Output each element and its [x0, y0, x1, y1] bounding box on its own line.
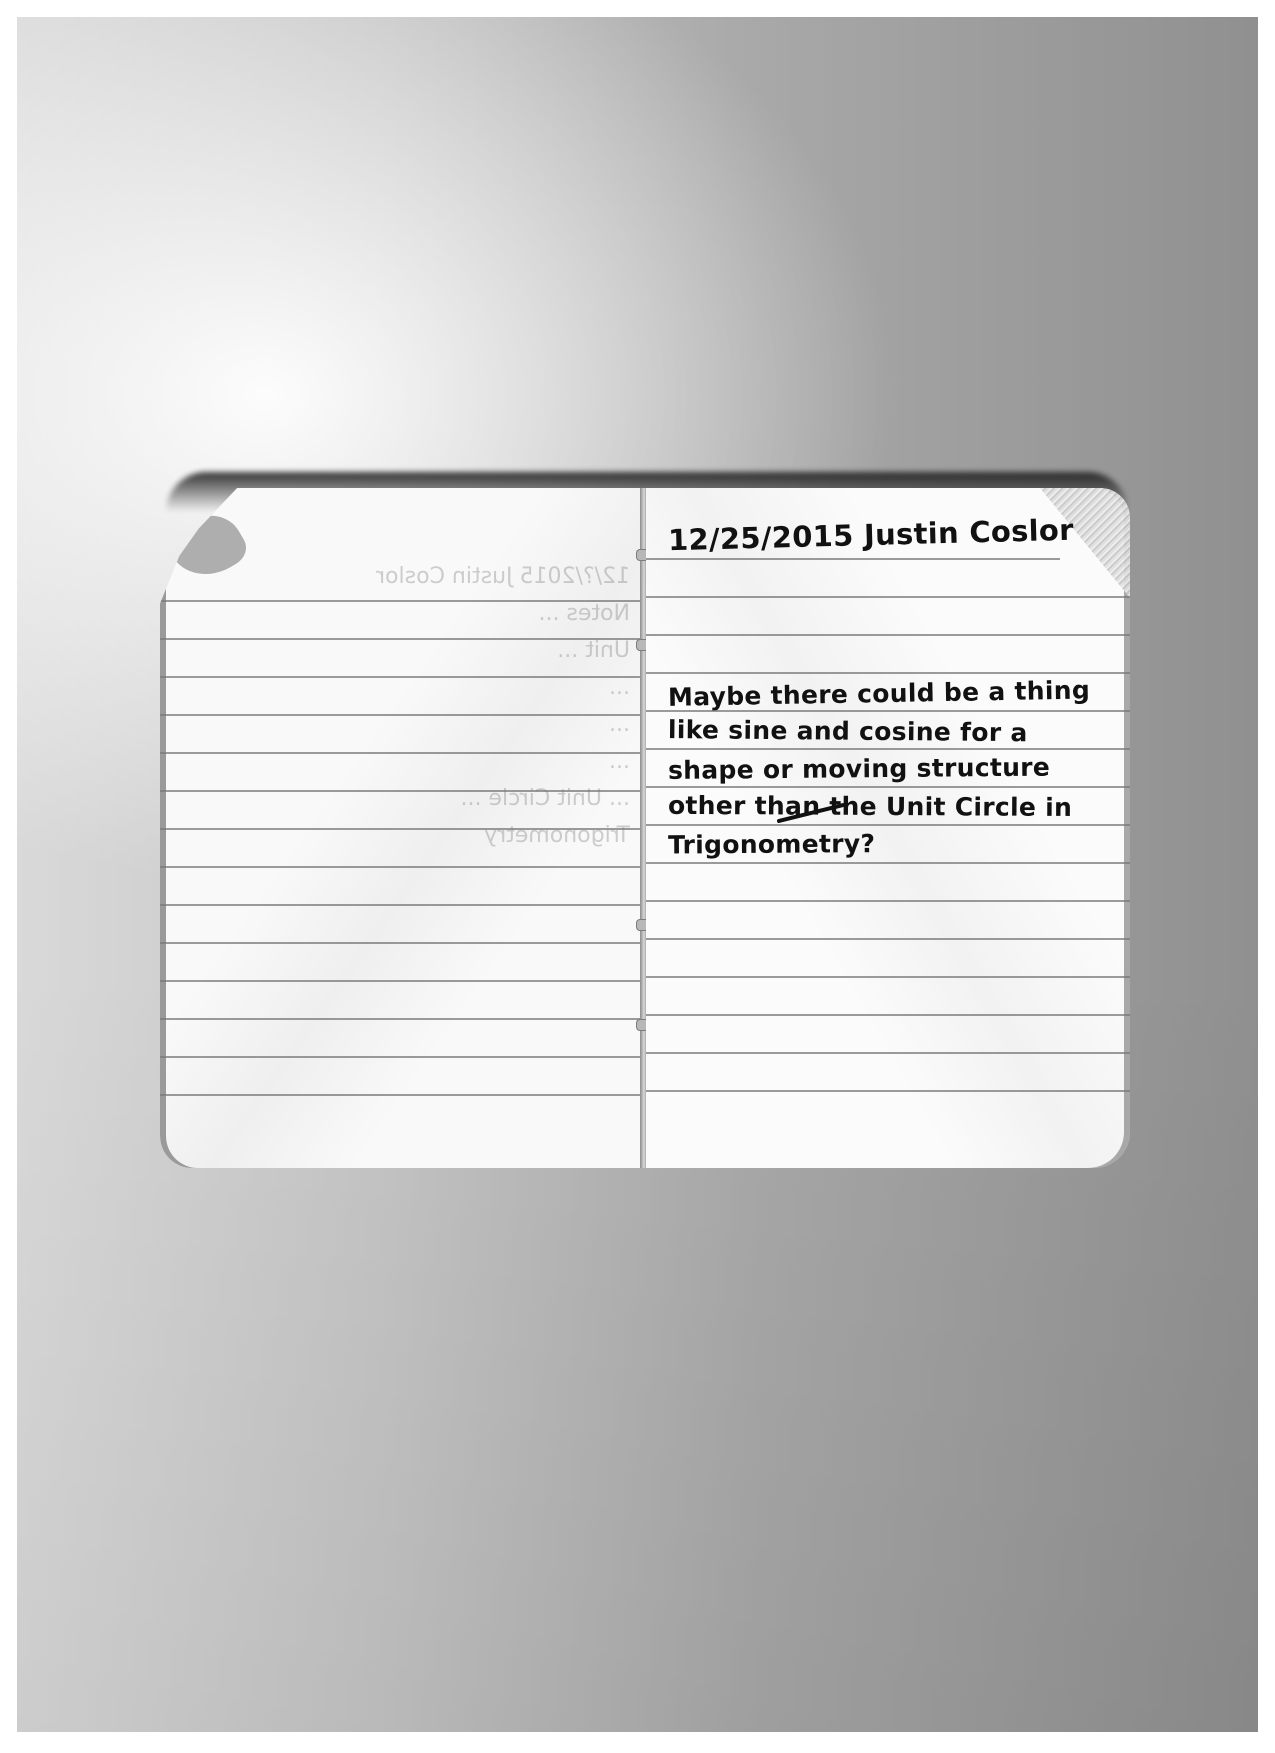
rule-line — [160, 980, 642, 982]
entry-date-and-author: 12/25/2015 Justin Coslor — [668, 513, 1075, 558]
rule-line — [160, 1056, 642, 1058]
rule-line — [160, 866, 642, 868]
entry-line: like sine and cosine for a — [668, 711, 1108, 752]
rule-line — [646, 596, 1130, 598]
bleed-through-text: 12/?/2015 Justin Coslor Notes ... Unit .… — [270, 558, 630, 854]
torn-corner — [162, 503, 253, 590]
entry-line: Maybe there could be a thing — [668, 671, 1109, 716]
entry-line: shape or moving structure — [668, 748, 1108, 789]
rule-line — [646, 938, 1130, 940]
rule-line — [646, 634, 1130, 636]
rule-line — [646, 900, 1130, 902]
left-page: 12/?/2015 Justin Coslor Notes ... Unit .… — [160, 488, 642, 1168]
notebook: 12/?/2015 Justin Coslor Notes ... Unit .… — [160, 480, 1132, 1180]
rule-line — [160, 942, 642, 944]
rule-line — [646, 976, 1130, 978]
rule-line — [646, 1052, 1130, 1054]
entry-line: Trigonometry? — [668, 823, 1108, 864]
rule-line — [160, 1094, 642, 1096]
rule-line — [160, 1018, 642, 1020]
rule-line — [646, 1090, 1130, 1092]
entry-line: other than the Unit Circle in — [668, 786, 1108, 826]
rule-line — [160, 904, 642, 906]
entry-body: Maybe there could be a thing like sine a… — [668, 675, 1108, 863]
rule-line — [646, 1014, 1130, 1016]
right-page: 12/25/2015 Justin Coslor Maybe there cou… — [646, 488, 1130, 1168]
rule-line — [646, 558, 1060, 560]
